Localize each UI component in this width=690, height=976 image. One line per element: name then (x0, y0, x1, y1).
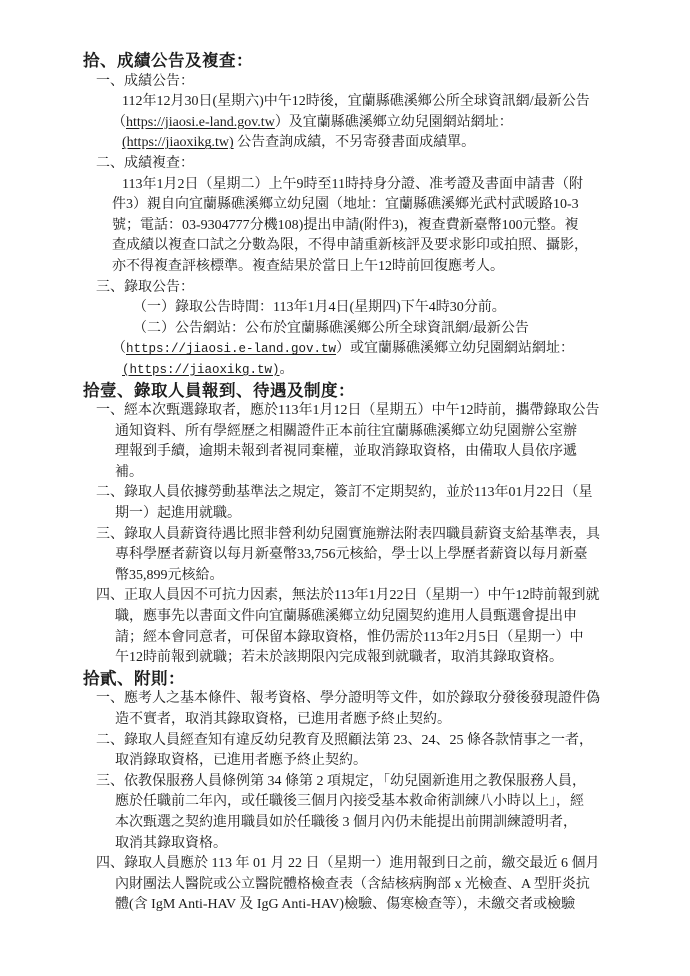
item-continuation: 補。 (115, 463, 690, 484)
numbered-item: 一、成績公告： (96, 72, 690, 93)
text-segment: 理報到手續，逾期未報到者視同棄權，並取消錄取資格，由備取人員依序遞 (115, 444, 577, 459)
sub-item: （二）公告網站：公布於宜蘭縣礁溪鄉公所全球資訊網/最新公告 (133, 319, 690, 340)
item-continuation: 午12時前報到就職；若未於該期限內完成報到就職者，取消其錄取資格。 (115, 648, 690, 669)
text-segment: 專科學歷者薪資以每月新臺幣33,756元核給，學士以上學歷者薪資以每月新臺 (115, 547, 588, 562)
item-continuation: 通知資料、所有學經歷之相關證件正本前往宜蘭縣礁溪鄉立幼兒園辦公室辦 (115, 422, 690, 443)
item-continuation: 本次甄選之契約進用職員如於任職後 3 個月內仍未能提出前開訓練證明者， (115, 813, 690, 834)
text-segment: 查成績以複查口試之分數為限，不得申請重新核評及要求影印或拍照、攝影， (112, 238, 588, 253)
text-segment: 期一）起進用就職。 (115, 506, 241, 521)
section-heading: 拾壹、錄取人員報到、待遇及制度： (83, 381, 690, 402)
text-segment: 一、應考人之基本條件、報考資格、學分證明等文件，如於錄取分發後發現證件偽 (96, 691, 600, 706)
paragraph-line: (https://jiaoxikg.tw) 公告查詢成績，不另寄發書面成績單。 (122, 133, 690, 154)
section-heading: 拾、成績公告及複查： (83, 51, 690, 72)
text-segment: 一、經本次甄選錄取者，應於113年1月12日（星期五）中午12時前，攜帶錄取公告 (96, 403, 599, 418)
text-segment: 二、成績複查： (96, 156, 194, 171)
numbered-item: 四、正取人員因不可抗力因素，無法於113年1月22日（星期一）中午12時前報到就 (96, 586, 690, 607)
text-segment: 拾貳、附則： (83, 669, 185, 688)
numbered-item: 一、應考人之基本條件、報考資格、學分證明等文件，如於錄取分發後發現證件偽 (96, 689, 690, 710)
paragraph-line: 亦不得複查評核標準。複查結果於當日上午12時前回復應考人。 (112, 257, 690, 278)
sub-item: （一）錄取公告時間：113年1月4日(星期四)下午4時30分前。 (133, 298, 690, 319)
text-segment: 午12時前報到就職；若未於該期限內完成報到就職者，取消其錄取資格。 (115, 650, 563, 665)
text-segment: 職，應事先以書面文件向宜蘭縣礁溪鄉立幼兒園契約進用人員甄選會提出申 (115, 609, 577, 624)
text-segment: ）及宜蘭縣礁溪鄉立幼兒園網站網址： (275, 115, 513, 130)
url-link[interactable]: https://jiaosi.e-land.gov.tw (126, 342, 336, 356)
numbered-item: 二、成績複查： (96, 154, 690, 175)
text-segment: 拾壹、錄取人員報到、待遇及制度： (83, 381, 355, 400)
paragraph-line: 113年1月2日（星期二）上午9時至11時持身分證、准考證及書面申請書（附 (122, 175, 690, 196)
item-continuation: 職，應事先以書面文件向宜蘭縣礁溪鄉立幼兒園契約進用人員甄選會提出申 (115, 607, 690, 628)
paragraph-line: （https://jiaosi.e-land.gov.tw）及宜蘭縣礁溪鄉立幼兒… (112, 113, 690, 134)
paragraph-line: 112年12月30日(星期六)中午12時後，宜蘭縣礁溪鄉公所全球資訊網/最新公告 (122, 92, 690, 113)
text-segment: （一）錄取公告時間：113年1月4日(星期四)下午4時30分前。 (133, 300, 506, 315)
numbered-item: 一、經本次甄選錄取者，應於113年1月12日（星期五）中午12時前，攜帶錄取公告 (96, 401, 690, 422)
item-continuation: 理報到手續，逾期未報到者視同棄權，並取消錄取資格，由備取人員依序遞 (115, 442, 690, 463)
item-continuation: 請；經本會同意者，可保留本錄取資格，惟仍需於113年2月5日（星期一）中 (115, 628, 690, 649)
text-segment: 號；電話：03-9304777分機108)提出申請(附件3)，複查費新臺幣100… (112, 218, 579, 233)
text-segment: （ (112, 115, 126, 130)
paragraph-line: 件3）親自向宜蘭縣礁溪鄉立幼兒園（地址：宜蘭縣礁溪鄉光武村武暖路10-3 (112, 195, 690, 216)
paragraph-line: 號；電話：03-9304777分機108)提出申請(附件3)，複查費新臺幣100… (112, 216, 690, 237)
numbered-item: 二、錄取人員經查知有違反幼兒教育及照顧法第 23、24、25 條各款情事之一者， (96, 731, 690, 752)
url-link[interactable]: https://jiaosi.e-land.gov.tw (126, 115, 275, 130)
text-segment: 112年12月30日(星期六)中午12時後，宜蘭縣礁溪鄉公所全球資訊網/最新公告 (122, 94, 590, 109)
text-segment: 三、依教保服務人員條例第 34 條第 2 項規定，「幼兒園新進用之教保服務人員， (96, 774, 586, 789)
text-segment: 請；經本會同意者，可保留本錄取資格，惟仍需於113年2月5日（星期一）中 (115, 630, 583, 645)
document-content: 拾、成績公告及複查：一、成績公告：112年12月30日(星期六)中午12時後，宜… (0, 51, 690, 916)
item-continuation: 應於任職前二年內，或任職後三個月內接受基本救命術訓練八小時以上」，經 (115, 792, 690, 813)
numbered-item: 二、錄取人員依據勞動基準法之規定，簽訂不定期契約，並於113年01月22日（星 (96, 483, 690, 504)
paragraph-line: (https://jiaoxikg.tw)。 (122, 360, 690, 381)
text-segment: 三、錄取公告： (96, 280, 194, 295)
text-segment: 取消其錄取資格。 (115, 836, 227, 851)
item-continuation: 取消錄取資格，已進用者應予終止契約。 (115, 751, 690, 772)
text-segment: 一、成績公告： (96, 74, 194, 89)
item-continuation: 內財團法人醫院或公立醫院體格檢查表（含結核病胸部 x 光檢查、A 型肝炎抗 (115, 875, 690, 896)
item-continuation: 期一）起進用就職。 (115, 504, 690, 525)
text-segment: 113年1月2日（星期二）上午9時至11時持身分證、准考證及書面申請書（附 (122, 177, 583, 192)
text-segment: 拾、成績公告及複查： (83, 51, 253, 70)
text-segment: 亦不得複查評核標準。複查結果於當日上午12時前回復應考人。 (112, 259, 504, 274)
text-segment: （二）公告網站：公布於宜蘭縣礁溪鄉公所全球資訊網/最新公告 (133, 321, 529, 336)
text-segment: 四、正取人員因不可抗力因素，無法於113年1月22日（星期一）中午12時前報到就 (96, 588, 599, 603)
url-link[interactable]: (https://jiaoxikg.tw) (122, 363, 280, 377)
paragraph-line: （https://jiaosi.e-land.gov.tw）或宜蘭縣礁溪鄉立幼兒… (112, 339, 690, 360)
document-page: 拾、成績公告及複查：一、成績公告：112年12月30日(星期六)中午12時後，宜… (0, 0, 690, 976)
text-segment: 二、錄取人員依據勞動基準法之規定，簽訂不定期契約，並於113年01月22日（星 (96, 485, 592, 500)
numbered-item: 三、錄取人員薪資待遇比照非營利幼兒園實施辦法附表四職員薪資支給基準表，具 (96, 525, 690, 546)
item-continuation: 專科學歷者薪資以每月新臺幣33,756元核給，學士以上學歷者薪資以每月新臺 (115, 545, 690, 566)
text-segment: 本次甄選之契約進用職員如於任職後 3 個月內仍未能提出前開訓練證明者， (115, 815, 577, 830)
text-segment: 取消錄取資格，已進用者應予終止契約。 (115, 753, 367, 768)
numbered-item: 四、錄取人員應於 113 年 01 月 22 日（星期一）進用報到日之前，繳交最… (96, 854, 690, 875)
numbered-item: 三、錄取公告： (96, 278, 690, 299)
text-segment: 幣35,899元核給。 (115, 568, 224, 583)
text-segment: 造不實者，取消其錄取資格，已進用者應予終止契約。 (115, 712, 451, 727)
text-segment: （ (112, 341, 126, 356)
url-link[interactable]: (https://jiaoxikg.tw) (122, 135, 234, 150)
numbered-item: 三、依教保服務人員條例第 34 條第 2 項規定，「幼兒園新進用之教保服務人員， (96, 772, 690, 793)
section-heading: 拾貳、附則： (83, 669, 690, 690)
text-segment: 公告查詢成績，不另寄發書面成績單。 (234, 135, 476, 150)
text-segment: ）或宜蘭縣礁溪鄉立幼兒園網站網址： (336, 341, 574, 356)
paragraph-line: 查成績以複查口試之分數為限，不得申請重新核評及要求影印或拍照、攝影， (112, 236, 690, 257)
text-segment: 通知資料、所有學經歷之相關證件正本前往宜蘭縣礁溪鄉立幼兒園辦公室辦 (115, 424, 577, 439)
text-segment: 。 (280, 362, 294, 377)
text-segment: 三、錄取人員薪資待遇比照非營利幼兒園實施辦法附表四職員薪資支給基準表，具 (96, 527, 600, 542)
item-continuation: 幣35,899元核給。 (115, 566, 690, 587)
text-segment: 內財團法人醫院或公立醫院體格檢查表（含結核病胸部 x 光檢查、A 型肝炎抗 (115, 877, 590, 892)
item-continuation: 取消其錄取資格。 (115, 834, 690, 855)
text-segment: 應於任職前二年內，或任職後三個月內接受基本救命術訓練八小時以上」，經 (115, 794, 584, 809)
item-continuation: 造不實者，取消其錄取資格，已進用者應予終止契約。 (115, 710, 690, 731)
item-continuation: 體(含 IgM Anti-HAV 及 IgG Anti-HAV)檢驗、傷寒檢查等… (115, 895, 690, 916)
text-segment: 四、錄取人員應於 113 年 01 月 22 日（星期一）進用報到日之前，繳交最… (96, 856, 599, 871)
text-segment: 體(含 IgM Anti-HAV 及 IgG Anti-HAV)檢驗、傷寒檢查等… (115, 897, 575, 912)
text-segment: 二、錄取人員經查知有違反幼兒教育及照顧法第 23、24、25 條各款情事之一者， (96, 733, 593, 748)
text-segment: 件3）親自向宜蘭縣礁溪鄉立幼兒園（地址：宜蘭縣礁溪鄉光武村武暖路10-3 (112, 197, 579, 212)
text-segment: 補。 (115, 465, 143, 480)
